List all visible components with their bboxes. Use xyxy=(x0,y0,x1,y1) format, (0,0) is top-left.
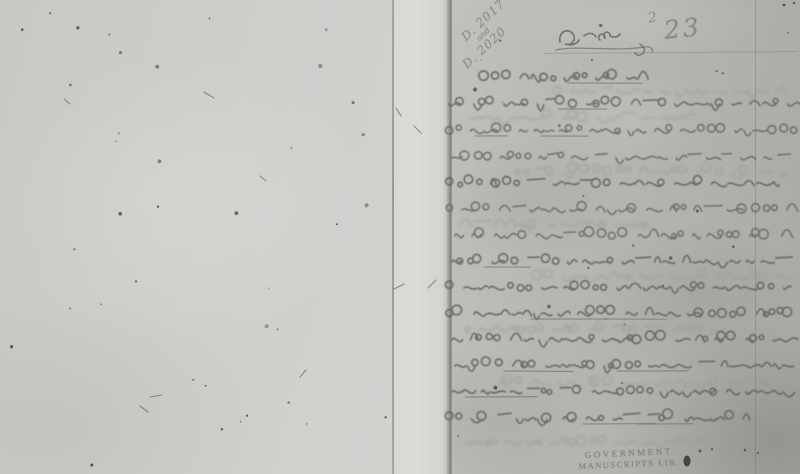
page-number: 23 xyxy=(663,12,704,45)
faint-rule-line xyxy=(544,51,798,54)
right-page-written: D. 2017 and D. 2020 2 23 GOVERNMENT MANU… xyxy=(452,0,800,474)
stray-numeral: 2 xyxy=(647,9,659,26)
library-stamp: GOVERNMENT MANUSCRIPTS LIB. xyxy=(564,445,695,472)
vertical-crease-line xyxy=(755,0,756,474)
catalog-annotation: D. 2017 and D. 2020 xyxy=(445,0,522,72)
page-margin-strip xyxy=(394,0,448,474)
manuscript-scan: D. 2017 and D. 2020 2 23 GOVERNMENT MANU… xyxy=(0,0,800,474)
left-page-blank xyxy=(0,0,393,474)
